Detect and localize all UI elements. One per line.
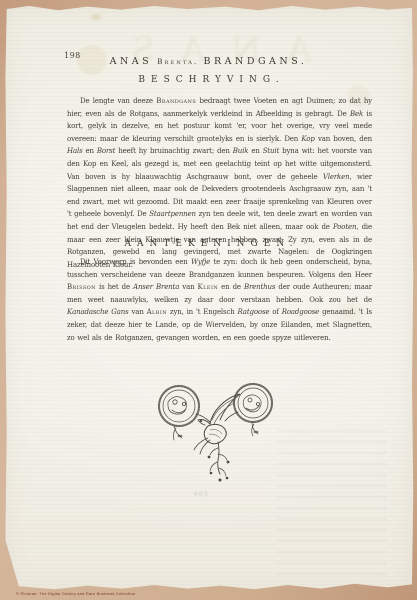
verso-show-through (277, 430, 387, 580)
title-genus: ANAS (110, 56, 153, 67)
section-heading-aantekeningen: AANTEKENINGEN. (0, 239, 417, 249)
title-species: Brenta. (157, 58, 198, 66)
section-heading-beschryving: BESCHRYVING. (0, 75, 417, 85)
faint-pencil-mark: 663 (194, 491, 208, 498)
running-title: ANAS Brenta. BRANDGANS. (0, 49, 417, 68)
scanned-book-page: { "page": { "number": "198", "title": { … (0, 0, 417, 600)
body-text-aantekeningen: Dit Voorwerp is bevonden een Wyfje te zy… (67, 256, 372, 344)
page-sheet: ANAS 198 ANAS Brenta. BRANDGANS. BESCHRY… (0, 0, 417, 600)
title-dutch-name: BRANDGANS. (204, 56, 308, 67)
bird-floral-ornament-icon (152, 374, 282, 486)
paper-stain (88, 12, 104, 22)
tailpiece-ornament (152, 374, 282, 486)
scan-credit-line: © Picturae. The Digital Gallery and Rare… (16, 591, 135, 596)
